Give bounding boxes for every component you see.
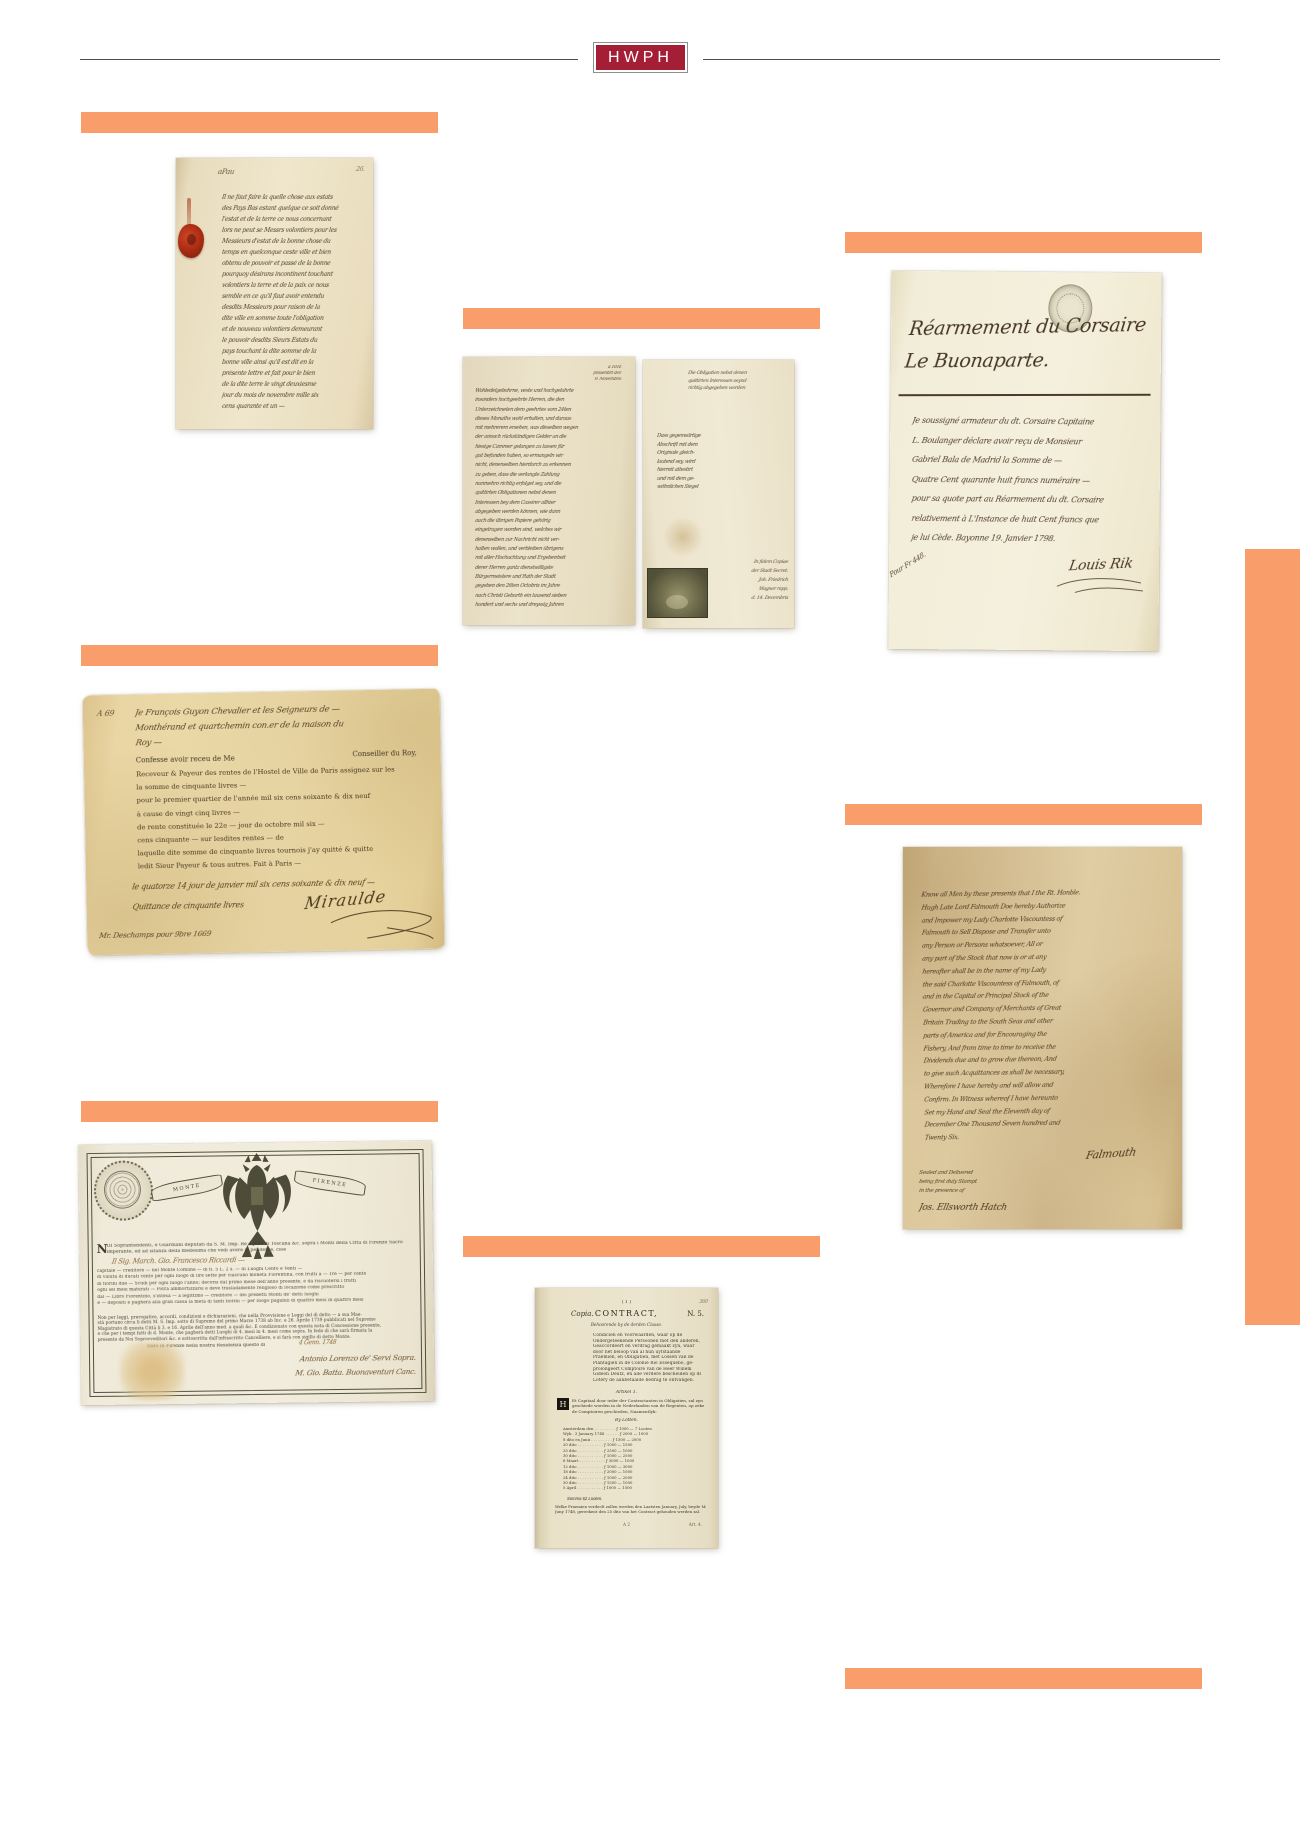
script-line: wöhnlichen Siegel bbox=[656, 483, 743, 492]
script-line: abgegeben werden können, wie dann bbox=[474, 508, 626, 517]
hwph-logo: HWPH bbox=[593, 42, 688, 73]
script-line: Bürgermeistere und Rath der Stadt bbox=[474, 573, 626, 582]
handwriting-block: Know all Men by these presents that I th… bbox=[921, 885, 1172, 1144]
signature: Louis Rik bbox=[1068, 555, 1134, 574]
script-line: nunmehro richtig erfolget sey, und die bbox=[474, 480, 626, 489]
closing-paragraph: Welke Praemien verdeelt zullen werden de… bbox=[555, 1504, 706, 1514]
header-rule-left bbox=[80, 59, 578, 60]
script-line: d. 14. Decembris bbox=[725, 594, 789, 603]
signature-flourish bbox=[1055, 572, 1145, 597]
script-line: dite ville en somme toute l'obligation bbox=[221, 313, 360, 324]
script-line: gegeben den 26ten Octobris im Jahre bbox=[474, 582, 626, 591]
script-line: M. Gio. Batta. Buonaventuri Canc. bbox=[294, 1365, 417, 1381]
handwritten-name: Il Sig. March. Gio. Francesco Riccardi — bbox=[111, 1256, 245, 1266]
printed-intro: Condicien en Voorwaarden, waar op deOnde… bbox=[593, 1333, 701, 1383]
sealed-delivered-block: Sealed and Deliveredbeing first duly Sta… bbox=[919, 1169, 977, 1196]
printed-text: Conseiller du Roy, bbox=[352, 749, 416, 758]
signature-block: Antonio Lorenzo de' Servi Sopra.M. Gio. … bbox=[295, 1351, 416, 1380]
printed-conditions: Non per leggi, prerogative, accordi, con… bbox=[98, 1311, 420, 1342]
script-line: mit aller Hochachtung und Ergebenheit bbox=[474, 554, 626, 563]
script-line: Sealed and Delivered bbox=[918, 1169, 977, 1178]
script-line: Originale gleich- bbox=[656, 449, 743, 458]
script-line: hundert und sechs und dreyssig Jahren bbox=[474, 601, 626, 610]
script-line: Twenty Six. bbox=[924, 1128, 1173, 1144]
script-line: Je soussigné armateur du dt. Corsaire Ca… bbox=[911, 411, 1153, 433]
date-line: le quatorze 14 jour de janvier mil six c… bbox=[132, 878, 376, 892]
script-line: quittirten Obligationen nebst denen bbox=[474, 489, 626, 498]
document-manuscript-letter: aPau 26. Il ne faut faire la quelle chos… bbox=[176, 158, 373, 429]
script-line: Antonio Lorenzo de' Servi Sopra. bbox=[294, 1351, 417, 1367]
somma-line: Somma 62 Looten. bbox=[567, 1496, 602, 1501]
script-line: gut befunden haben, so ermangeln wir bbox=[474, 452, 626, 461]
script-line: halten wollen, und verbleiben übrigens bbox=[474, 545, 626, 554]
script-line: des Pays Bas estant quelque ce soit donn… bbox=[221, 203, 360, 214]
document-letter-right-page: Die Obligation nebst denenquittirten Int… bbox=[643, 360, 794, 628]
script-line: le pouvoir desdits Sieurs Estats du bbox=[221, 335, 360, 346]
folio-number: 360 bbox=[699, 1299, 709, 1305]
catchword: A 2 bbox=[623, 1522, 630, 1527]
script-line: Dass gegenwärtige bbox=[656, 432, 743, 441]
handwriting-block: Die Obligation nebst denenquittirten Int… bbox=[688, 370, 784, 393]
script-line: Abschrift mit dem bbox=[656, 441, 743, 450]
script-line: desdits Messieurs pour raison de la bbox=[221, 302, 360, 313]
script-line: pays touchant la dite somme de la bbox=[221, 346, 360, 357]
contract-number: N. 5. bbox=[687, 1310, 704, 1318]
catalog-page: { "page": { "type": "auction catalog pag… bbox=[0, 0, 1300, 1839]
script-line: obtenu de pouvoir et passé de la bonne bbox=[221, 258, 360, 269]
script-line: Die Obligation nebst denen bbox=[687, 370, 784, 378]
script-line: hiesige Cammer gelangen zu lassen für bbox=[474, 443, 626, 452]
script-line: cens quarante et un — bbox=[221, 401, 360, 412]
witness-signature: Jos. Ellsworth Hatch bbox=[918, 1203, 1008, 1213]
script-line: und mit dem ge- bbox=[656, 475, 743, 484]
script-line: der annoch rückständigen Gelder an die bbox=[474, 433, 626, 442]
diagonal-note: Pour Fr 448. bbox=[889, 550, 927, 579]
lot-header-bar-2 bbox=[845, 232, 1202, 253]
script-line: der Stadt Secret. bbox=[725, 567, 789, 576]
script-line: Quatre Cent quarante huit francs numérai… bbox=[910, 470, 1152, 492]
script-line: 9. Novembris bbox=[592, 377, 622, 383]
margin-note: A 69 bbox=[96, 709, 115, 718]
ornamental-drop-cap: H bbox=[557, 1398, 569, 1410]
header-rule-right bbox=[703, 59, 1220, 60]
printed-body: capitale — creditore — nel Monte Comune … bbox=[97, 1265, 419, 1307]
handwriting-header: Je François Guyon Chevalier et les Seign… bbox=[135, 701, 425, 752]
attestation-block: Dass gegenwärtigeAbschrift mit demOrigin… bbox=[657, 432, 743, 492]
paper-stain bbox=[119, 1342, 186, 1401]
document-corsaire-receipt: Réarmement du Corsaire Le Buonaparte. Je… bbox=[888, 271, 1161, 651]
table-row: 5 April . . . . . . . . . . . ƒ 1000 — 1… bbox=[563, 1485, 700, 1490]
hwph-logo-text: HWPH bbox=[596, 45, 685, 70]
document-title-line: Le Buonaparte. bbox=[903, 349, 1106, 373]
script-line: Unterzeichneten dero geehrtes vom 24ten bbox=[474, 406, 626, 415]
script-line: Joh. Friedrich bbox=[725, 576, 789, 585]
script-line: jour du mois de novembre mille six bbox=[221, 390, 360, 401]
lot-header-bar-6 bbox=[81, 1101, 438, 1122]
printed-text: Confesse avoir receu de Me bbox=[136, 755, 235, 765]
script-line: denenselben zur Nachricht nicht ver- bbox=[474, 536, 626, 545]
script-line: Il ne faut faire la quelle chose aux est… bbox=[221, 192, 360, 203]
script-line: richtig abgegeben worden bbox=[687, 385, 784, 393]
script-line: Wohledelgebohrne, veste und hochgelahrte bbox=[474, 387, 626, 396]
script-line: L. Boulanger déclare avoir reçu de Monsi… bbox=[910, 431, 1152, 453]
script-line: bonne ville ainsi qu'il est dit en la bbox=[221, 357, 360, 368]
script-line: semble en ce qu'il faut avoir entendu bbox=[221, 291, 360, 302]
script-line: nicht, denenselben hierdurch zu erkennen bbox=[474, 461, 626, 470]
script-line: pourquoy désirans incontinent touchant bbox=[221, 269, 360, 280]
lot-header-bar-1 bbox=[81, 112, 438, 133]
engraved-vignette bbox=[647, 568, 708, 618]
red-wax-seal bbox=[178, 224, 204, 258]
script-line: lors ne peut se Messrs volontiers pour l… bbox=[221, 225, 360, 236]
signature-flourish bbox=[327, 903, 438, 945]
document-letter-left-page: à 1016präsentirt den9. Novembris Wohlede… bbox=[463, 357, 635, 625]
bottom-annotation: Mr. Deschamps pour 9bre 1669 bbox=[98, 929, 211, 940]
lot-header-bar-4 bbox=[81, 645, 438, 666]
presentation-note: à 1016präsentirt den9. Novembris bbox=[593, 365, 621, 383]
script-line: eingetragen worden sind, welches wir bbox=[474, 526, 626, 535]
printed-article: Et Capitaal door ieder der Contractanten… bbox=[572, 1398, 704, 1414]
script-line: nach Christi Geburth ein tausend sieben bbox=[474, 592, 626, 601]
script-line: volontiers la terre et de la paix ce nou… bbox=[221, 280, 360, 291]
script-line: Gabriel Bala de Madrid la Somme de — bbox=[910, 450, 1152, 472]
script-line: Lotery de aanbetaalde bedrag te ontvange… bbox=[593, 1378, 701, 1384]
document-monte-certificate: MONTE FIRENZE N OI Soprantendenti, e Gua… bbox=[78, 1141, 434, 1405]
closing-line: je lui Cède. Bayonne 19. Janvier 1798. bbox=[910, 533, 1056, 543]
script-line: relativement à L'Instance de huit Cent f… bbox=[910, 509, 1152, 531]
lot-table: Amsterdam den . . . . . . . . . ƒ 1000 —… bbox=[563, 1426, 700, 1491]
script-line: dieses Monaths wohl erhalten, und daraus bbox=[474, 415, 626, 424]
script-line: insonders hochgeehrte Herren, die den bbox=[474, 396, 626, 405]
script-line: de Comptoiren geschieden, Naamentlyk: bbox=[572, 1409, 704, 1414]
handwriting-block: Il ne faut faire la quelle chose aux est… bbox=[222, 192, 359, 412]
signature: Falmouth bbox=[1085, 1145, 1137, 1162]
script-line: derer Herren gantz dienstwilligste bbox=[474, 564, 626, 573]
script-line: temps en quelconque ceste ville et bien bbox=[221, 247, 360, 258]
script-line: de la dite terre le vingt deuxiesme bbox=[221, 379, 360, 390]
page-marker: ( 1 ) bbox=[535, 1300, 718, 1305]
script-line: being first duly Stampt bbox=[918, 1178, 977, 1187]
lot-header-bar-5 bbox=[845, 804, 1202, 825]
lot-header-bar-7 bbox=[463, 1236, 820, 1257]
receipt-body: Receveur & Payeur des rentes de l'Hostel… bbox=[136, 763, 429, 874]
signature-block: In fidem Copiaeder Stadt Secret.Joh. Fri… bbox=[726, 558, 788, 603]
script-line: in the presence of bbox=[918, 1187, 977, 1196]
lot-header-bar-8 bbox=[845, 1668, 1202, 1689]
lot-header-bar-3 bbox=[463, 308, 820, 329]
script-line: l'estat et de la terre ce nous concernan… bbox=[221, 214, 360, 225]
document-title-line: Réarmement du Corsaire bbox=[908, 314, 1156, 340]
script-line: Interessen bey dem Cassirer allhier bbox=[474, 499, 626, 508]
script-line: Messieurs d'estat de la bonne chose du bbox=[221, 236, 360, 247]
amount-line: Quittance de cinquante livres bbox=[132, 900, 245, 911]
title-underline bbox=[899, 394, 1151, 396]
page-edge-index-bar bbox=[1245, 549, 1300, 1325]
script-line: lautend sey, wird bbox=[656, 458, 743, 467]
script-line: Juny 1748, gereekent den 25 dito van het… bbox=[555, 1509, 706, 1514]
corner-note: aPau bbox=[217, 168, 234, 176]
script-line: quittirten Interessen seynd bbox=[687, 378, 784, 386]
contract-subtitle: Behoorende by de derden Classe. bbox=[535, 1322, 718, 1327]
handwriting-block: Wohledelgebohrne, veste und hochgelahrte… bbox=[475, 387, 625, 610]
script-line: In fidem Copiae bbox=[725, 558, 789, 567]
script-line: hiermit attestirt bbox=[656, 466, 743, 475]
script-line: zu geben, dass die verlangte Zahlung bbox=[474, 471, 626, 480]
by-lotten-heading: By Lotten. bbox=[535, 1418, 718, 1423]
document-lottery-contract: ( 1 ) 360 Copia. CONTRACT, N. 5. Behoore… bbox=[535, 1288, 718, 1548]
catchword: Art. 4. bbox=[689, 1522, 702, 1527]
corner-note: 26. bbox=[356, 166, 366, 173]
document-paris-rente-receipt: A 69 Je François Guyon Chevalier et les … bbox=[83, 689, 445, 956]
artikel-heading: Artikel 1. bbox=[535, 1390, 718, 1395]
script-line: présente lettre et fait pour le bien bbox=[221, 368, 360, 379]
paper-stain bbox=[661, 518, 705, 556]
script-line: et de nouveau volontiers demeurant bbox=[221, 324, 360, 335]
dato-date: 4 Genn. 1748 bbox=[298, 1339, 336, 1346]
script-line: Wagner mpp. bbox=[725, 585, 789, 594]
document-falmouth-power: Know all Men by these presents that I th… bbox=[903, 847, 1182, 1229]
script-line: pour sa quote part au Réarmement du dt. … bbox=[910, 489, 1152, 511]
handwriting-block: Je soussigné armateur du dt. Corsaire Ca… bbox=[911, 411, 1150, 530]
